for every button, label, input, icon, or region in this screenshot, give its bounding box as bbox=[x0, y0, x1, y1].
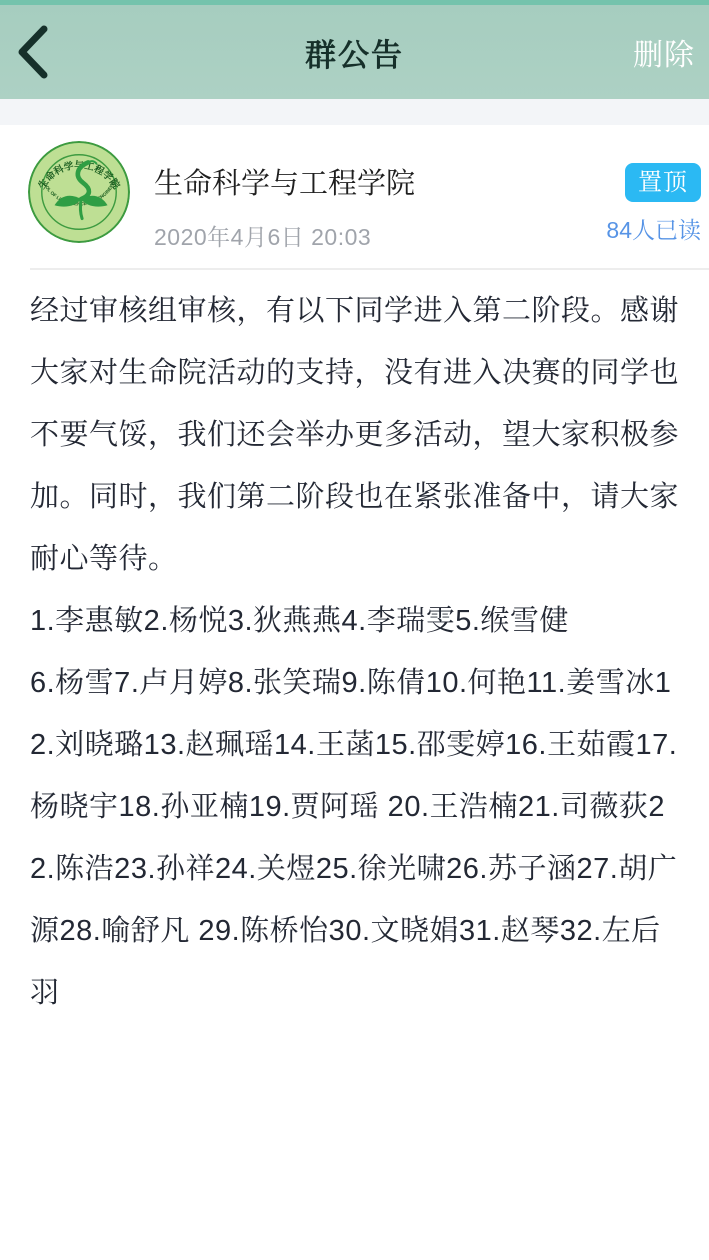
read-count-link[interactable]: 84人已读 bbox=[606, 212, 701, 245]
school-logo-icon: 生命科学与工程学院 SCHOOL OF LIFE SCIENCE AND ENG… bbox=[28, 141, 130, 243]
org-info: 生命科学与工程学院 2020年4月6日 20:03 bbox=[130, 141, 591, 252]
announcement-meta: 置顶 84人已读 bbox=[591, 141, 701, 245]
chevron-left-icon bbox=[16, 25, 48, 79]
announcement-name-list-part2: 6.杨雪7.卢月婷8.张笑瑞9.陈倩10.何艳11.姜雪冰12.刘晓璐13.赵珮… bbox=[30, 652, 679, 1024]
group-announcement-screen: 群公告 删除 生命科学与工程学院 SCHOOL OF LIFE SCI bbox=[0, 0, 709, 1260]
announcement-card: 生命科学与工程学院 SCHOOL OF LIFE SCIENCE AND ENG… bbox=[0, 125, 709, 1260]
page-title: 群公告 bbox=[0, 30, 709, 75]
announcement-header: 生命科学与工程学院 SCHOOL OF LIFE SCIENCE AND ENG… bbox=[0, 125, 709, 268]
app-header: 群公告 删除 bbox=[0, 5, 709, 99]
org-name: 生命科学与工程学院 bbox=[154, 161, 591, 202]
announcement-date: 2020年4月6日 20:03 bbox=[154, 219, 591, 252]
pinned-badge: 置顶 bbox=[625, 163, 701, 202]
announcement-body: 经过审核组审核，有以下同学进入第二阶段。感谢大家对生命院活动的支持，没有进入决赛… bbox=[0, 270, 709, 1064]
back-button[interactable] bbox=[16, 22, 60, 82]
announcement-paragraph: 经过审核组审核，有以下同学进入第二阶段。感谢大家对生命院活动的支持，没有进入决赛… bbox=[30, 280, 679, 590]
page-background-gap bbox=[0, 99, 709, 125]
delete-button[interactable]: 删除 bbox=[633, 5, 695, 99]
org-avatar[interactable]: 生命科学与工程学院 SCHOOL OF LIFE SCIENCE AND ENG… bbox=[28, 141, 130, 243]
announcement-name-list-part1: 1.李惠敏2.杨悦3.狄燕燕4.李瑞雯5.缑雪健 bbox=[30, 590, 679, 652]
